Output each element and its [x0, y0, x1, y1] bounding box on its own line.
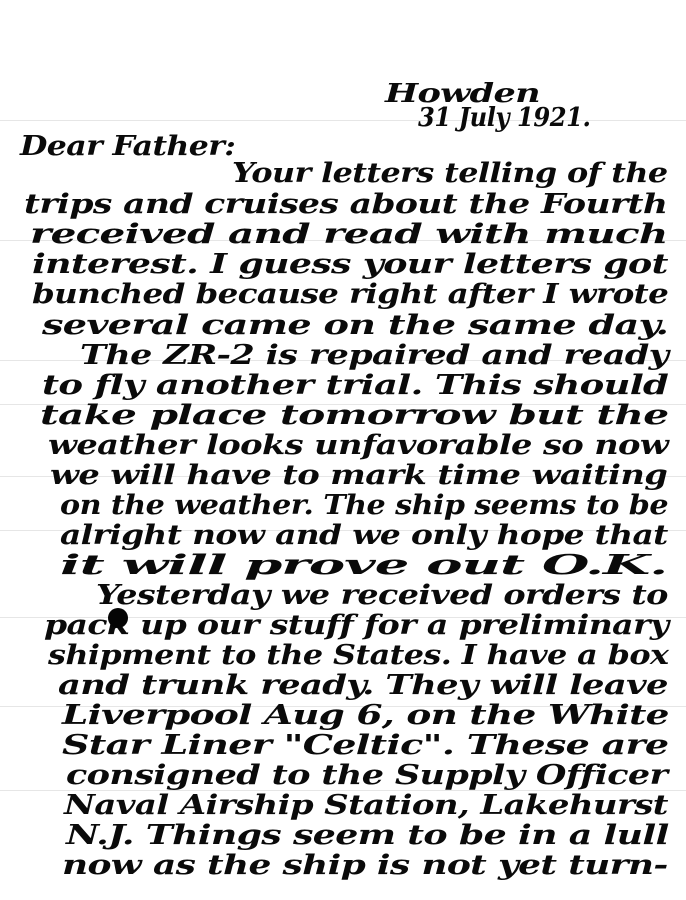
letter-line: we will have to mark time waiting: [50, 460, 667, 492]
letter-line: Naval Airship Station, Lakehurst: [64, 790, 668, 822]
letter-line: now as the ship is not yet turn-: [62, 850, 668, 882]
letter-line: interest. I guess your letters got: [32, 249, 668, 281]
letter-line: Star Liner "Celtic". These are: [62, 730, 668, 762]
letter-line: Yesterday we received orders to: [96, 580, 668, 612]
letter-line: Your letters telling of the: [232, 158, 668, 190]
letter-line: it will prove out O.K.: [60, 550, 667, 582]
letter-date: 31 July 1921.: [418, 102, 590, 134]
letter-line: take place tomorrow but the: [40, 400, 668, 432]
handwritten-letter-page: Howden 31 July 1921. Dear Father: Your l…: [0, 0, 686, 900]
letter-line: N.J. Things seem to be in a lull: [66, 820, 669, 852]
letter-line: The ZR-2 is repaired and ready: [80, 340, 668, 372]
letter-line: received and read with much: [30, 219, 668, 251]
letter-salutation: Dear Father:: [20, 131, 235, 163]
letter-line: trips and cruises about the Fourth: [24, 189, 667, 221]
letter-line: on the weather. The ship seems to be: [60, 490, 668, 522]
letter-line: to fly another trial. This should: [42, 370, 668, 402]
letter-line: shipment to the States. I have a box: [48, 640, 668, 672]
letter-line: several came on the same day.: [42, 310, 668, 342]
letter-line: weather looks unfavorable so now: [48, 430, 668, 462]
letter-line: pack up our stuff for a preliminary: [44, 610, 668, 642]
letter-line: bunched because right after I wrote: [32, 279, 668, 311]
letter-line: and trunk ready. They will leave: [58, 670, 668, 702]
letter-line: alright now and we only hope that: [60, 520, 668, 552]
letter-line: Liverpool Aug 6, on the White: [62, 700, 669, 732]
letter-line: consigned to the Supply Officer: [66, 760, 667, 792]
ink-blot: [108, 608, 128, 628]
